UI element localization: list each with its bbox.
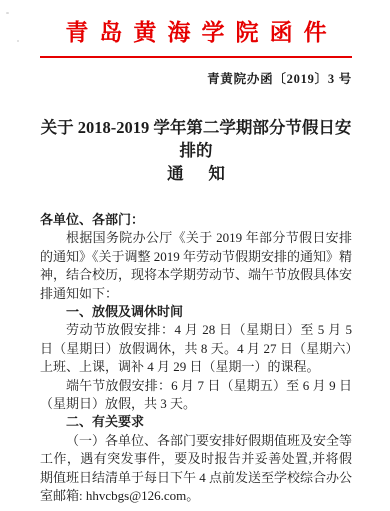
scan-noise-speck <box>17 40 19 42</box>
body-paragraph: 根据国务院办公厅《关于 2019 年部分节假日安排的通知》《关于调整 2019 … <box>40 229 352 303</box>
page-content: 青岛黄海学院函件 青黄院办函〔2019〕3 号 关于 2018-2019 学年第… <box>0 0 390 506</box>
document-page: 青岛黄海学院函件 青黄院办函〔2019〕3 号 关于 2018-2019 学年第… <box>0 0 390 511</box>
masthead-divider <box>40 56 352 58</box>
body-paragraph: （一）各单位、各部门要安排好假期值班及安全等工作，遇有突发事件，要及时报告并妥善… <box>40 432 352 506</box>
notice-title: 关于 2018-2019 学年第二学期部分节假日安排的 通 知 <box>40 116 352 185</box>
doc-number: 青黄院办函〔2019〕3 号 <box>40 71 352 88</box>
section-heading-2: 二、有关要求 <box>40 413 352 431</box>
masthead-title: 青岛黄海学院函件 <box>40 16 352 50</box>
notice-title-line2: 通 知 <box>40 162 352 185</box>
salutation: 各单位、各部门： <box>40 211 352 229</box>
body-paragraph: 端午节放假安排：6 月 7 日（星期五）至 6 月 9 日（星期日）放假，共 3… <box>40 377 352 414</box>
notice-title-line1: 关于 2018-2019 学年第二学期部分节假日安排的 <box>40 116 352 162</box>
notice-body: 根据国务院办公厅《关于 2019 年部分节假日安排的通知》《关于调整 2019 … <box>40 229 352 505</box>
section-heading-1: 一、放假及调休时间 <box>40 303 352 321</box>
body-paragraph: 劳动节放假安排：4 月 28 日（星期日）至 5 月 5 日（星期日）放假调休，… <box>40 321 352 376</box>
scan-noise-speck <box>6 12 9 14</box>
